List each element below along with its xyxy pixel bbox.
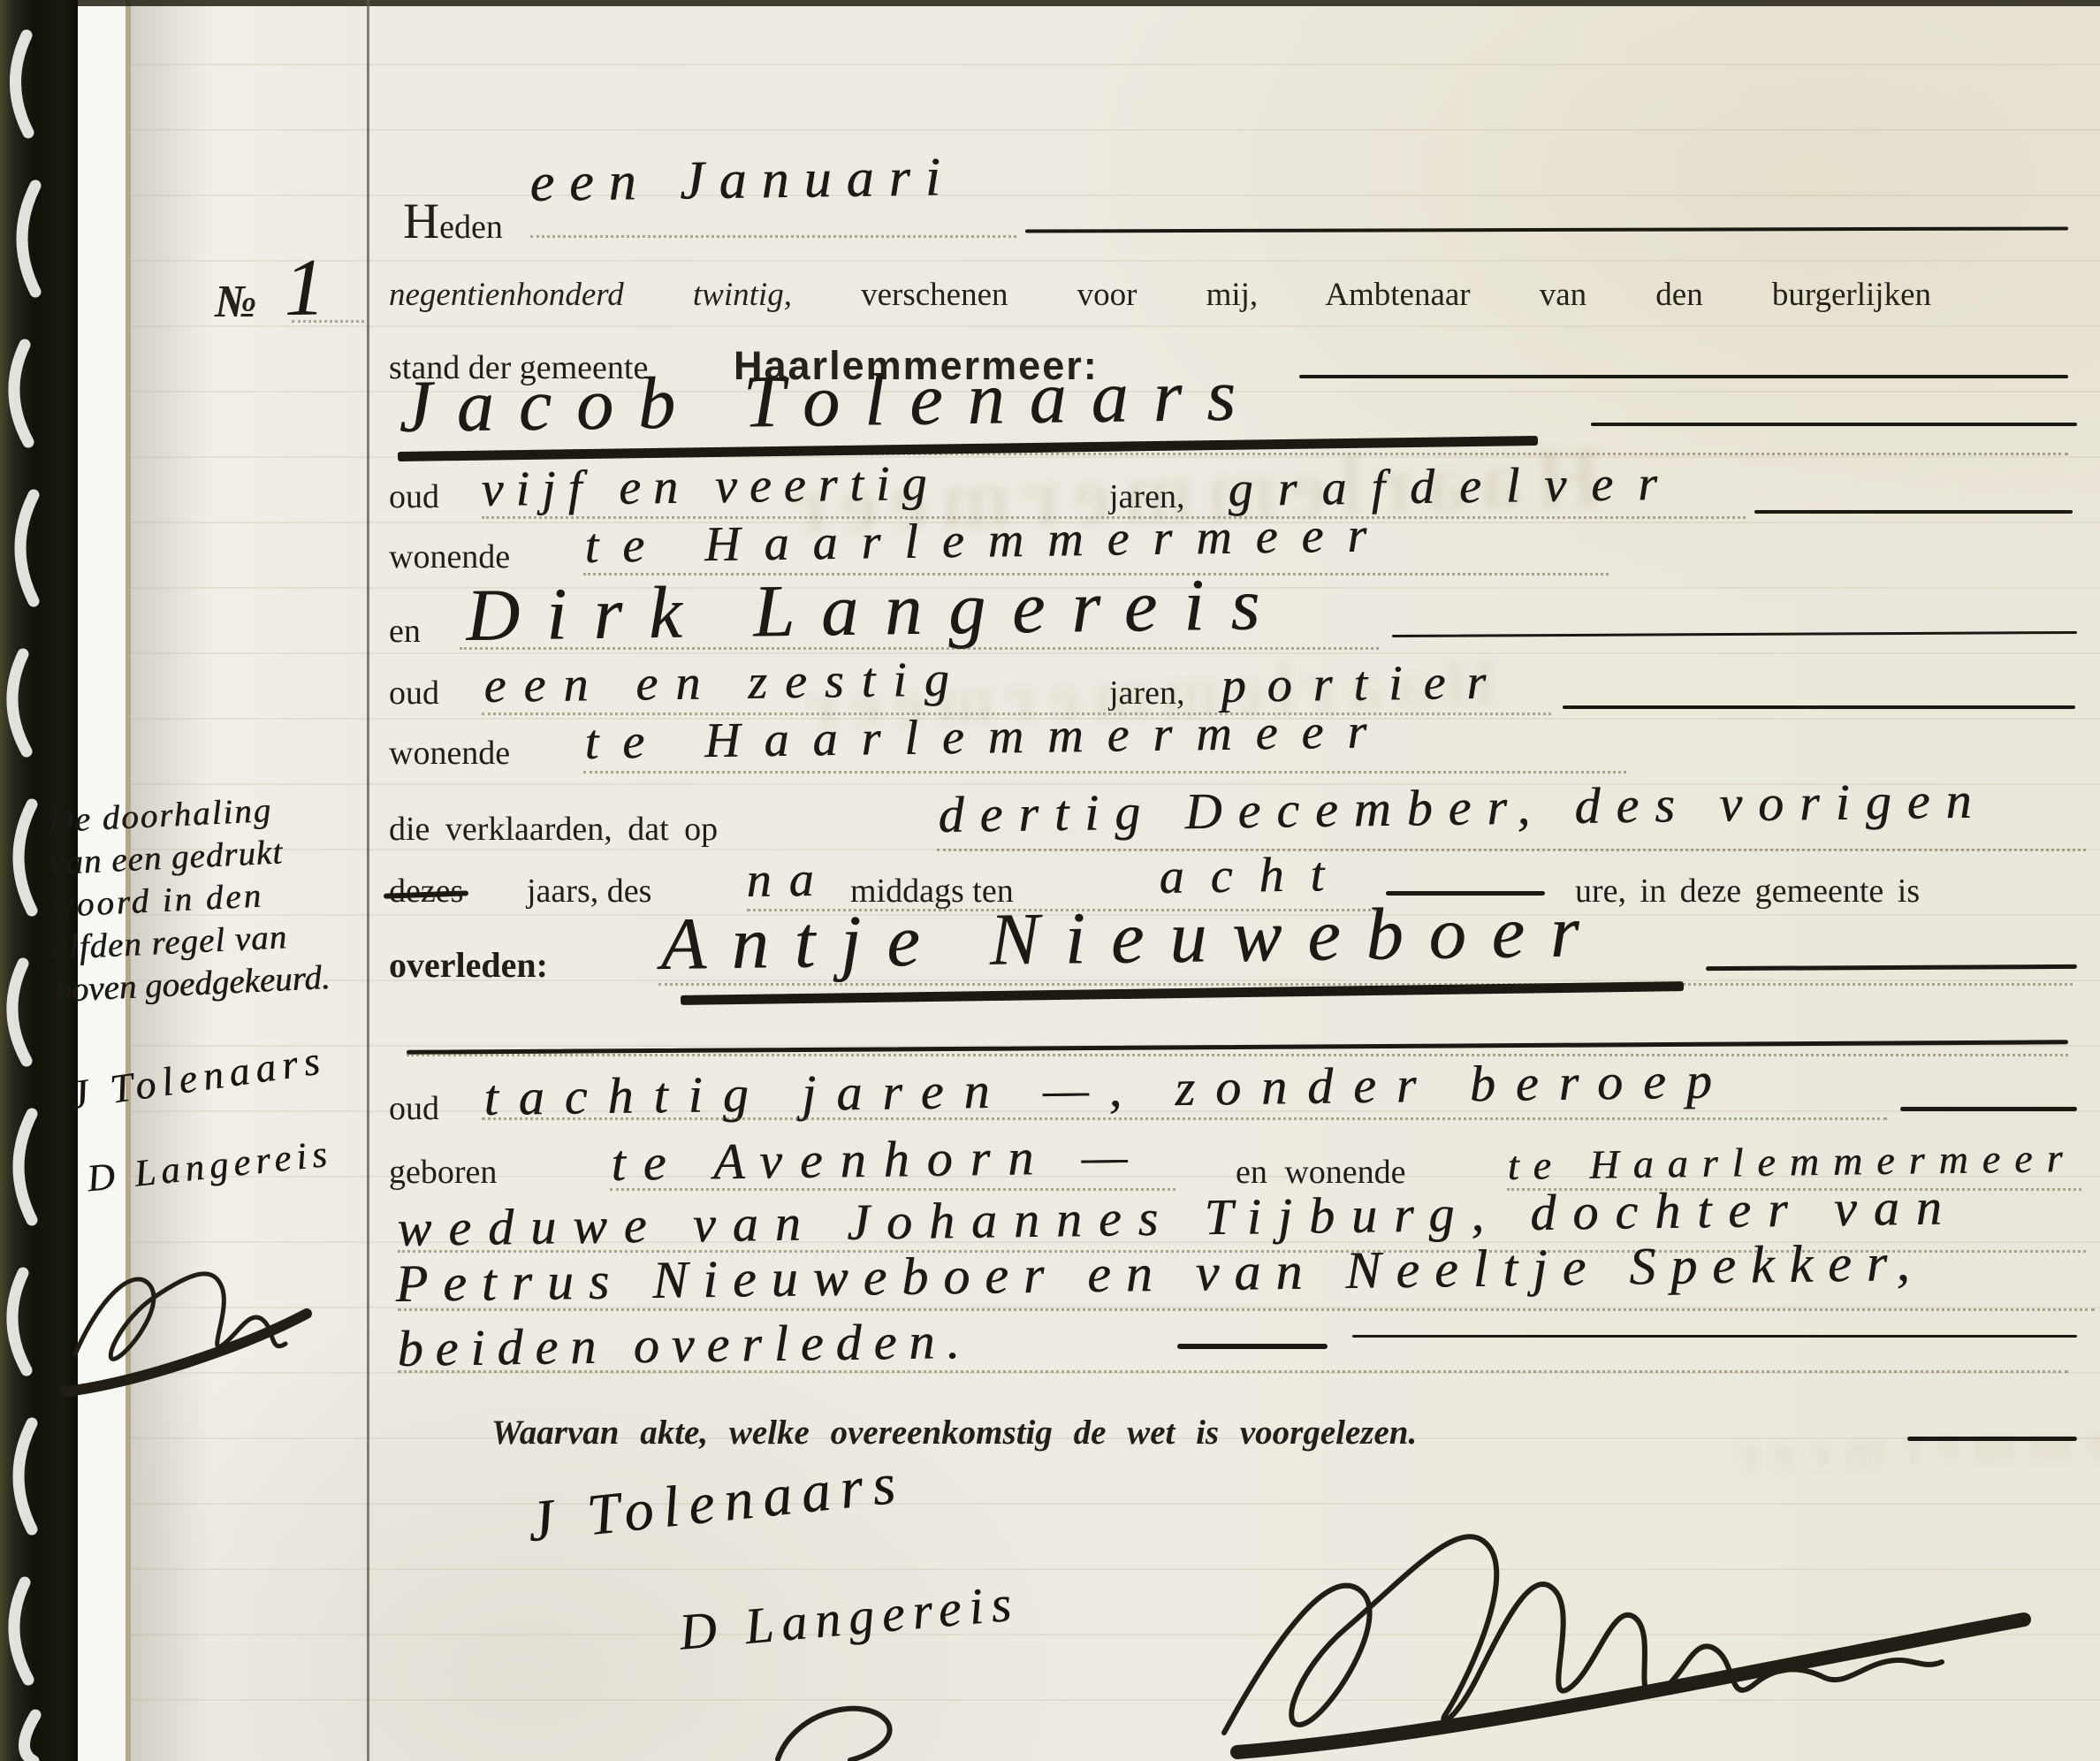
fill-line: [1754, 510, 2073, 514]
field-declarant1-age: vijf en veertig: [481, 455, 940, 518]
label-verschenen: verschenen voor mij, Ambtenaar van den b…: [861, 277, 1931, 313]
fill-line: [1352, 1335, 2077, 1338]
label-overleden: overleden:: [389, 944, 548, 986]
field-relation-line3: beiden overleden.: [397, 1311, 972, 1378]
label-jaars-des: jaars, des: [527, 872, 651, 911]
fill-line: [1563, 705, 2075, 709]
fill-line: [1299, 375, 2068, 378]
label-heden: Heden: [403, 193, 503, 250]
field-declarant2-residence: te Haarlemmermeer: [584, 703, 1390, 771]
partial-signature-bottom: [762, 1696, 930, 1761]
label-wonende-2: wonende: [389, 734, 510, 773]
margin-note: De doorhaling van een gedrukt woord in d…: [48, 791, 320, 1012]
line-year-ambtenaar: negentienhonderd twintig, verschenen voo…: [389, 276, 1931, 314]
dotted-guide: [407, 1054, 2068, 1056]
label-closing: Waarvan akte, welke overeenkomstig de we…: [491, 1413, 1417, 1452]
field-act-date: een Januari: [529, 146, 955, 215]
label-geboren: geboren: [389, 1153, 497, 1192]
dotted-guide: [530, 235, 1016, 238]
dotted-guide: [937, 849, 2086, 851]
dotted-guide: [482, 1117, 1887, 1120]
label-oud-2: oud: [389, 674, 439, 713]
fill-line: [1907, 1437, 2077, 1441]
death-certificate-scan: Haarlemmermeer Haarlemmermeer Haarlemmer…: [0, 0, 2100, 1761]
label-oud-3: oud: [389, 1089, 439, 1128]
margin-registrar-flourish: [49, 1213, 318, 1407]
label-wonende-1: wonende: [389, 537, 510, 576]
label-oud-1: oud: [389, 477, 439, 516]
dotted-guide: [292, 320, 364, 323]
label-en: en: [389, 612, 421, 651]
label-dezes-struck: dezes: [389, 872, 463, 911]
field-year-printed: negentienhonderd twintig,: [389, 277, 792, 313]
dotted-guide: [583, 771, 1626, 774]
dotted-guide: [398, 1370, 2068, 1373]
dotted-guide: [460, 647, 1379, 650]
fill-dash: [1177, 1344, 1328, 1349]
field-birthplace: te Avenhorn —: [611, 1126, 1145, 1193]
registrar-signature-flourish: [1184, 1459, 2095, 1759]
fill-line: [1591, 423, 2077, 426]
dotted-guide: [398, 1308, 2095, 1311]
field-declarant2-name: Dirk Langereis: [466, 561, 1287, 659]
top-edge: [78, 0, 2100, 6]
fill-dash: [1900, 1107, 2077, 1111]
margin-rule: [367, 0, 369, 1761]
label-ure-gemeente: ure, in deze gemeente is: [1575, 872, 1920, 911]
field-deceased-name: Antje Nieuweboer: [660, 888, 1605, 987]
field-declarant1-name: Jacob Tolenaars: [399, 352, 1261, 450]
field-declarant2-age: een en zestig: [483, 651, 967, 714]
act-number-label: №: [215, 276, 257, 328]
label-die-verklaarden: die verklaarden, dat op: [389, 810, 718, 849]
